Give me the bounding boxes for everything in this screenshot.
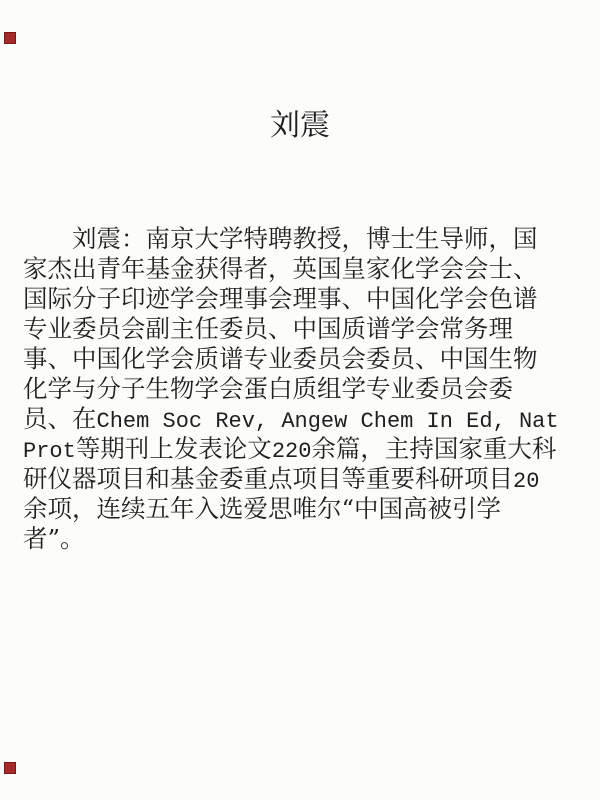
bio-line: Prot等期刊上发表论文220余篇，主持国家重大科 [23, 434, 589, 464]
bio-line: 余项，连续五年入选爱思唯尔“中国高被引学 [23, 494, 589, 524]
bio-line: 员、在Chem Soc Rev, Angew Chem In Ed, Nat [23, 404, 589, 434]
bio-line: 化学与分子生物学会蛋白质组学专业委员会委 [23, 374, 589, 404]
red-square-marker-top [5, 33, 15, 43]
latin-text: 20 [513, 469, 539, 494]
bio-line: 刘震：南京大学特聘教授，博士生导师，国 [23, 224, 589, 254]
bio-line: 事、中国化学会质谱专业委员会委员、中国生物 [23, 344, 589, 374]
bio-line: 研仪器项目和基金委重点项目等重要科研项目20 [23, 464, 589, 494]
document-page: 刘震 刘震：南京大学特聘教授，博士生导师，国 家杰出青年基金获得者，英国皇家化学… [0, 0, 600, 800]
latin-text: Chem Soc Rev, Angew Chem In Ed, Nat [97, 409, 559, 434]
bio-paragraph: 刘震：南京大学特聘教授，博士生导师，国 家杰出青年基金获得者，英国皇家化学会会士… [23, 224, 589, 554]
bio-line: 家杰出青年基金获得者，英国皇家化学会会士、 [23, 254, 589, 284]
latin-text: Prot [23, 439, 76, 464]
red-square-marker-bottom [5, 763, 15, 773]
bio-line: 者”。 [23, 524, 589, 554]
latin-text: 220 [272, 439, 312, 464]
bio-line: 专业委员会副主任委员、中国质谱学会常务理 [23, 314, 589, 344]
bio-line: 国际分子印迹学会理事会理事、中国化学会色谱 [23, 284, 589, 314]
page-title: 刘震 [0, 106, 600, 146]
